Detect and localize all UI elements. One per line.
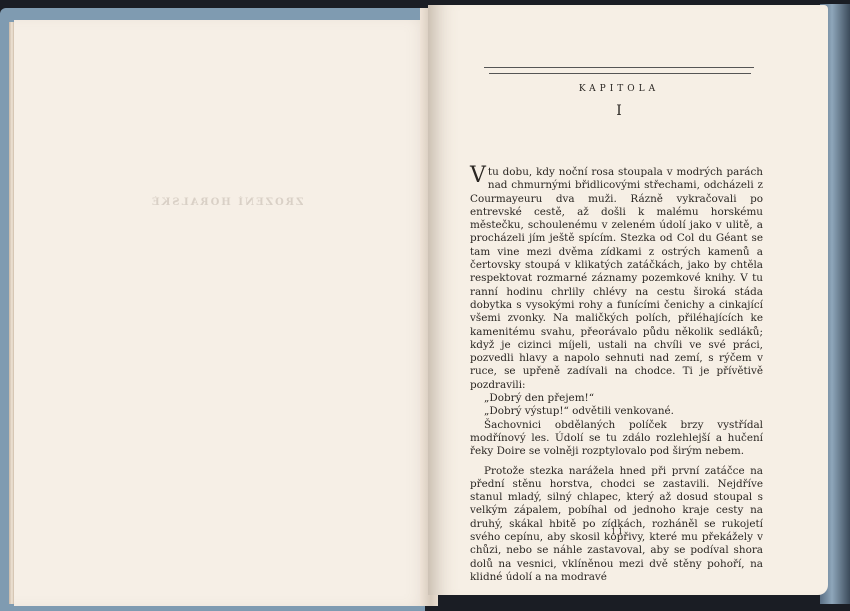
bleed-through-text: ZROZENÍ HORALSKÉ — [150, 197, 303, 208]
drop-cap: V — [470, 169, 486, 182]
chapter-number: I — [484, 103, 754, 119]
paragraph: „Dobrý den přejem!“ — [470, 392, 763, 405]
paragraph: „Dobrý výstup!“ odvětili venkované. — [470, 405, 763, 418]
paragraph-text: tu dobu, kdy noční rosa stoupala v modrý… — [470, 166, 763, 391]
paragraph: V tu dobu, kdy noční rosa stoupala v mod… — [470, 166, 763, 392]
page-number: 11 — [598, 527, 638, 536]
left-page: ZROZENÍ HORALSKÉ — [14, 20, 434, 606]
body-text: V tu dobu, kdy noční rosa stoupala v mod… — [470, 166, 763, 584]
paragraph: Protože stezka narážela hned při první z… — [470, 465, 763, 585]
chapter-rule-bottom — [489, 73, 751, 74]
chapter-label: KAPITOLA — [484, 84, 754, 94]
chapter-rule-top — [484, 67, 754, 68]
paragraph: Šachovnici obdělaných políček brzy vystř… — [470, 419, 763, 459]
